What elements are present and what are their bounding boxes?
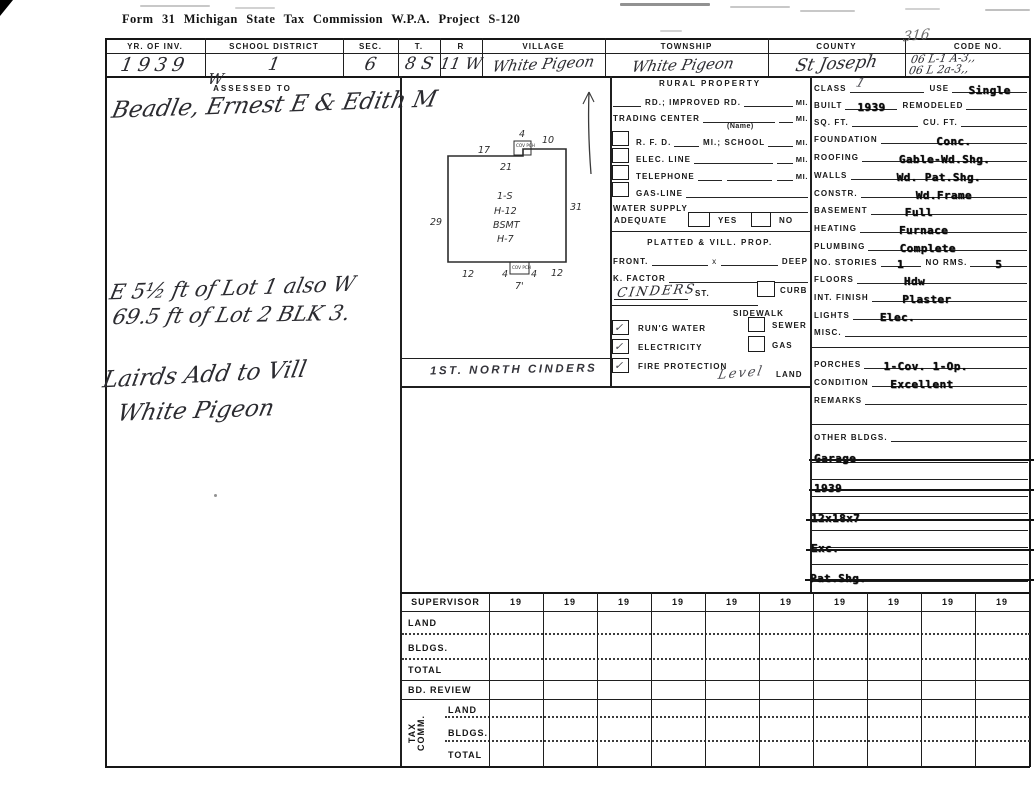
constr-value: Wd.Frame — [916, 189, 972, 202]
north-arrow — [576, 78, 604, 178]
header-label-school-district: SCHOOL DISTRICT — [205, 42, 343, 51]
grid-line — [489, 592, 490, 767]
header-label-county: COUNTY — [768, 42, 905, 51]
scan-corner-artifact — [0, 0, 13, 16]
dotted-rule — [402, 633, 1030, 635]
yes-label: YES — [718, 216, 737, 225]
electricity-label: ELECTRICITY — [638, 343, 703, 352]
rural-property-title: RURAL PROPERTY — [610, 79, 810, 88]
curb-label: CURB — [780, 286, 808, 295]
land-grade-value: Level — [717, 364, 765, 383]
sketch-dim-top-porch: 4 — [519, 129, 525, 140]
heating-row: HEATING Furnace — [814, 220, 1027, 233]
dotted-rule — [445, 740, 1030, 742]
road-row: RD.; IMPROVED RD. MI. — [613, 94, 808, 107]
header-value-r: 11 W — [438, 54, 483, 73]
rfd-row: R. F. D. MI.; SCHOOL MI. — [636, 134, 808, 147]
addition-line2: White Pigeon — [115, 395, 276, 427]
header-value-yr-of-inv: 1939 — [103, 54, 207, 76]
name-hint: (Name) — [727, 123, 754, 130]
sketch-dim-top-left: 17 — [478, 145, 490, 156]
rule-line: 1-Cov. 1-Op. — [864, 356, 1027, 369]
sketch-basement-height: H-7 — [497, 234, 514, 245]
sewer-label: SEWER — [772, 321, 807, 330]
rule-line: Complete — [868, 238, 1027, 251]
rule-line — [966, 97, 1027, 110]
rule-line — [812, 496, 1028, 497]
rule-line — [891, 429, 1027, 442]
year-header: 19 — [921, 597, 975, 607]
basement-row: BASEMENT Full — [814, 202, 1027, 215]
checkmark: ✓ — [614, 359, 623, 372]
row-label-tc-bldgs: BLDGS. — [448, 728, 488, 738]
sketch-dim-bottom-left: 12 — [462, 269, 474, 280]
rule-line — [727, 168, 772, 181]
header-label-township: TOWNSHIP — [605, 42, 768, 51]
grid-line — [400, 699, 1030, 700]
heating-value: Furnace — [899, 224, 948, 237]
grid-line — [105, 766, 1030, 768]
sketch-height-note: H-12 — [494, 206, 517, 217]
rule-line — [614, 299, 688, 300]
header-label-r: R — [440, 42, 482, 51]
header-label-yr-of-inv: YR. OF INV. — [105, 42, 205, 51]
grid-line — [867, 592, 868, 767]
grid-line — [610, 231, 810, 232]
rule-line — [669, 270, 808, 283]
grid-line — [651, 592, 652, 767]
stories-rooms-row: NO. STORIES 1 NO RMS. 5 — [814, 254, 1027, 267]
rule-line — [852, 114, 918, 127]
floors-label: FLOORS — [814, 275, 854, 284]
class-use-row: CLASS USE Single — [814, 80, 1027, 93]
header-label-village: VILLAGE — [482, 42, 605, 51]
rule-line — [674, 134, 699, 147]
rule-line — [777, 168, 793, 181]
rule-line — [703, 110, 775, 123]
telephone-label: TELEPHONE — [636, 172, 695, 181]
gas-line-label: GAS-LINE — [636, 189, 683, 198]
st-label: ST. — [695, 289, 710, 298]
rule-line: Full — [871, 202, 1027, 215]
grid-line — [810, 424, 1029, 425]
rule-line — [812, 479, 1028, 480]
rule-line — [779, 110, 793, 123]
checkbox-gas-line — [612, 182, 629, 197]
rule-line — [777, 151, 793, 164]
supervisor-header: SUPERVISOR — [402, 597, 489, 607]
grid-line — [759, 592, 760, 767]
grid-line — [705, 592, 706, 767]
roofing-row: ROOFING Gable-Wd.Shg. — [814, 149, 1027, 162]
grid-line — [810, 347, 1029, 348]
mi-label: MI. — [796, 138, 808, 147]
int-finish-value: Plaster — [902, 293, 951, 306]
grid-line — [921, 592, 922, 767]
header-value-county: St Joseph — [766, 50, 907, 77]
scan-noise — [140, 5, 210, 7]
row-label-land: LAND — [408, 618, 437, 628]
other-bldgs-entry: 12x18x7 — [811, 512, 1034, 525]
mi-label: MI. — [796, 98, 808, 107]
gas-line-row: GAS-LINE — [636, 185, 808, 198]
checkbox-adequate-yes — [688, 212, 710, 227]
row-label-bldgs: BLDGS. — [408, 643, 448, 653]
row-label-total: TOTAL — [408, 665, 442, 675]
rule-line — [694, 151, 773, 164]
mi-label: MI. — [796, 155, 808, 164]
rule-line — [845, 324, 1027, 337]
road-label: RD.; IMPROVED RD. — [645, 98, 741, 107]
year-header: 19 — [705, 597, 759, 607]
rule-line: 1939 — [845, 97, 897, 110]
front-deep-row: FRONT. x DEEP — [613, 253, 808, 266]
grid-line — [105, 76, 1030, 78]
header-value-village: White Pigeon — [480, 52, 606, 77]
int-finish-row: INT. FINISH Plaster — [814, 289, 1027, 302]
scan-noise — [660, 30, 682, 32]
other-bldgs-entry: Garage — [814, 452, 1034, 465]
form-title: Form 31 Michigan State Tax Commission W.… — [122, 12, 520, 27]
rule-line: 1 — [881, 254, 921, 267]
cuft-label: CU. FT. — [923, 118, 958, 127]
year-header: 19 — [489, 597, 543, 607]
other-bldgs-row: OTHER BLDGS. — [814, 429, 1027, 442]
rooms-value: 5 — [995, 258, 1002, 271]
rule-line — [744, 94, 793, 107]
year-header: 19 — [543, 597, 597, 607]
built-value: 1939 — [857, 101, 885, 114]
rule-line: Wd.Frame — [861, 185, 1027, 198]
sketch-story-note: 1-S — [497, 191, 513, 202]
scan-noise — [985, 9, 1030, 11]
rule-line: Gable-Wd.Shg. — [862, 149, 1027, 162]
header-value-t: 8 S — [396, 54, 442, 74]
water-supply-label: WATER SUPPLY — [613, 204, 688, 213]
pencil-scribble: 316 — [902, 26, 930, 45]
checkmark: ✓ — [614, 340, 623, 353]
rule-line — [812, 530, 1028, 531]
checkbox-rfd — [612, 131, 629, 146]
int-finish-label: INT. FINISH — [814, 293, 869, 302]
scan-speck — [214, 494, 217, 497]
code-no-line2: 06 L 2a-3,, — [908, 63, 975, 76]
year-header: 19 — [651, 597, 705, 607]
rule-line: Conc. — [881, 131, 1027, 144]
remarks-row: REMARKS — [814, 392, 1027, 405]
header-label-sec: SEC. — [343, 42, 398, 51]
rule-line: Excellent — [872, 374, 1027, 387]
sketch-dim-top-right: 10 — [542, 135, 554, 146]
rule-line — [865, 392, 1027, 405]
grid-line — [813, 592, 814, 767]
grid-line — [400, 358, 610, 359]
row-label-bd-review: BD. REVIEW — [408, 685, 472, 695]
bottom-porch-label: COV PCH — [512, 265, 531, 270]
stories-label: NO. STORIES — [814, 258, 878, 267]
checkbox-curb — [757, 281, 775, 297]
mi-school-label: MI.; SCHOOL — [703, 138, 765, 147]
built-label: BUILT — [814, 101, 842, 110]
built-row: BUILT 1939 REMODELED — [814, 97, 1027, 110]
remarks-label: REMARKS — [814, 396, 862, 405]
lights-label: LIGHTS — [814, 311, 850, 320]
fire-protection-label: FIRE PROTECTION — [638, 362, 727, 371]
grid-line — [400, 680, 1030, 681]
condition-label: CONDITION — [814, 378, 869, 387]
k-factor-label: K. FACTOR — [613, 274, 666, 283]
rfd-label: R. F. D. — [636, 138, 671, 147]
rooms-label: NO RMS. — [926, 258, 968, 267]
floors-row: FLOORS Hdw — [814, 271, 1027, 284]
other-bldgs-entry: Exc. — [811, 542, 1034, 555]
grid-line — [400, 386, 810, 388]
row-label-tc-land: LAND — [448, 705, 477, 715]
rule-line — [613, 94, 641, 107]
other-bldgs-entry: 1939 — [814, 482, 1034, 495]
tax-comm-line2: COMM. — [417, 703, 426, 763]
top-porch-label: COV PCH — [516, 143, 535, 148]
sketch-dim-right: 31 — [570, 202, 582, 213]
use-value: Single — [969, 84, 1011, 97]
dotted-rule — [402, 658, 1030, 660]
rule-line: Elec. — [853, 307, 1027, 320]
walls-value: Wd. Pat.Shg. — [897, 171, 981, 184]
deep-label: DEEP — [782, 257, 808, 266]
other-bldgs-label: OTHER BLDGS. — [814, 433, 888, 442]
foundation-row: FOUNDATION Conc. — [814, 131, 1027, 144]
street-note: 1ST. NORTH CINDERS — [430, 363, 597, 378]
year-header: 19 — [975, 597, 1029, 607]
land-label: LAND — [776, 370, 803, 379]
foundation-value: Conc. — [936, 135, 971, 148]
plumbing-label: PLUMBING — [814, 242, 865, 251]
condition-value: Excellent — [890, 378, 953, 391]
checkbox-telephone — [612, 165, 629, 180]
telephone-row: TELEPHONE MI. — [636, 168, 808, 181]
rule-line: Plaster — [872, 289, 1027, 302]
grid-line — [975, 592, 976, 767]
row-label-tc-total: TOTAL — [448, 750, 482, 760]
front-label: FRONT. — [613, 257, 649, 266]
misc-label: MISC. — [814, 328, 842, 337]
plumbing-row: PLUMBING Complete — [814, 238, 1027, 251]
scan-noise — [235, 7, 275, 9]
rule-line — [698, 168, 722, 181]
grid-line — [105, 38, 1030, 40]
porches-label: PORCHES — [814, 360, 861, 369]
use-label: USE — [929, 84, 949, 93]
rule-line: Hdw — [857, 271, 1027, 284]
sketch-dim-bottom-porch-width: 7' — [515, 281, 524, 292]
basement-label: BASEMENT — [814, 206, 868, 215]
checkbox-sewer — [748, 317, 765, 332]
rule-line — [686, 185, 808, 198]
platted-title: PLATTED & VILL. PROP. — [610, 238, 810, 247]
grid-line — [400, 76, 402, 766]
header-value-sec: 6 — [341, 54, 400, 75]
sketch-dim-inner-top: 21 — [500, 162, 512, 173]
rule-line: Wd. Pat.Shg. — [851, 167, 1028, 180]
scan-noise — [800, 10, 855, 12]
floors-value: Hdw — [904, 275, 925, 288]
header-label-code-no: CODE NO. — [928, 42, 1028, 51]
grid-line — [610, 305, 758, 306]
sqft-label: SQ. FT. — [814, 118, 849, 127]
legal-description-line1: E 5½ ft of Lot 1 also W — [108, 272, 358, 305]
elec-line-row: ELEC. LINE MI. — [636, 151, 808, 164]
no-label: NO — [779, 216, 793, 225]
remodeled-label: REMODELED — [902, 101, 963, 110]
sqft-cuft-row: SQ. FT. CU. FT. — [814, 114, 1027, 127]
foundation-label: FOUNDATION — [814, 135, 878, 144]
rule-line — [961, 114, 1027, 127]
checkbox-gas — [748, 336, 765, 352]
checkbox-elec-line — [612, 148, 629, 163]
sketch-dim-bottom-porch-left: 4 — [502, 269, 508, 280]
dotted-rule — [445, 716, 1030, 718]
grid-line — [400, 611, 1030, 612]
k-factor-row: K. FACTOR — [613, 270, 808, 283]
other-bldgs-entry: Pat.Shg. — [810, 572, 1034, 585]
trading-center-row: TRADING CENTER MI. — [613, 110, 808, 123]
scanned-tax-record-card: Form 31 Michigan State Tax Commission W.… — [0, 0, 1034, 800]
grid-line — [105, 38, 107, 767]
class-label: CLASS — [814, 84, 847, 93]
rule-line: Furnace — [860, 220, 1027, 233]
year-header: 19 — [597, 597, 651, 607]
by-label: x — [712, 257, 717, 266]
roofing-label: ROOFING — [814, 153, 859, 162]
scan-noise — [730, 6, 790, 8]
grid-line — [543, 592, 544, 767]
year-header: 19 — [759, 597, 813, 607]
constr-row: CONSTR. Wd.Frame — [814, 185, 1027, 198]
checkbox-adequate-no — [751, 212, 771, 227]
sketch-dim-left: 29 — [430, 217, 442, 228]
grid-line — [400, 592, 1030, 594]
mi-label: MI. — [796, 172, 808, 181]
rule-line — [812, 564, 1028, 565]
sketch-dim-bottom-porch-right: 4 — [531, 269, 537, 280]
scan-noise — [905, 8, 940, 10]
gas-label: GAS — [772, 341, 793, 350]
adequate-label: ADEQUATE — [614, 216, 667, 225]
tax-comm-label: TAX COMM. — [408, 703, 426, 763]
rule-line — [721, 253, 778, 266]
misc-row: MISC. — [814, 324, 1027, 337]
addition-line1: Lairds Add to Vill — [101, 357, 309, 394]
constr-label: CONSTR. — [814, 189, 858, 198]
legal-description-line2: 69.5 ft of Lot 2 BLK 3. — [110, 301, 352, 329]
porches-row: PORCHES 1-Cov. 1-Op. — [814, 356, 1027, 369]
heating-label: HEATING — [814, 224, 857, 233]
roofing-value: Gable-Wd.Shg. — [899, 153, 990, 166]
running-water-label: RUN'G WATER — [638, 324, 706, 333]
water-supply-row: WATER SUPPLY — [613, 200, 808, 213]
condition-row: CONDITION Excellent — [814, 374, 1027, 387]
rule-line: 5 — [970, 254, 1027, 267]
stories-value: 1 — [897, 258, 904, 271]
walls-label: WALLS — [814, 171, 848, 180]
checkmark: ✓ — [614, 321, 623, 334]
sketch-dim-bottom-right: 12 — [551, 268, 563, 279]
year-header: 19 — [813, 597, 867, 607]
elec-line-label: ELEC. LINE — [636, 155, 691, 164]
year-header: 19 — [867, 597, 921, 607]
porches-value: 1-Cov. 1-Op. — [883, 360, 967, 373]
rule-line: Single — [952, 80, 1027, 93]
rule-line — [768, 134, 793, 147]
basement-value: Full — [905, 206, 933, 219]
header-label-t: T. — [398, 42, 440, 51]
header-value-township: White Pigeon — [606, 53, 760, 76]
lights-value: Elec. — [880, 311, 915, 324]
walls-row: WALLS Wd. Pat.Shg. — [814, 167, 1027, 180]
lights-row: LIGHTS Elec. — [814, 307, 1027, 320]
mi-label: MI. — [796, 114, 808, 123]
scan-noise — [620, 3, 710, 6]
header-value-code-no: 06 L-1 A-3,, 06 L 2a-3,, — [908, 52, 977, 76]
rule-line — [652, 253, 709, 266]
grid-line — [597, 592, 598, 767]
trading-center-label: TRADING CENTER — [613, 114, 700, 123]
sketch-basement-note: BSMT — [493, 220, 521, 231]
